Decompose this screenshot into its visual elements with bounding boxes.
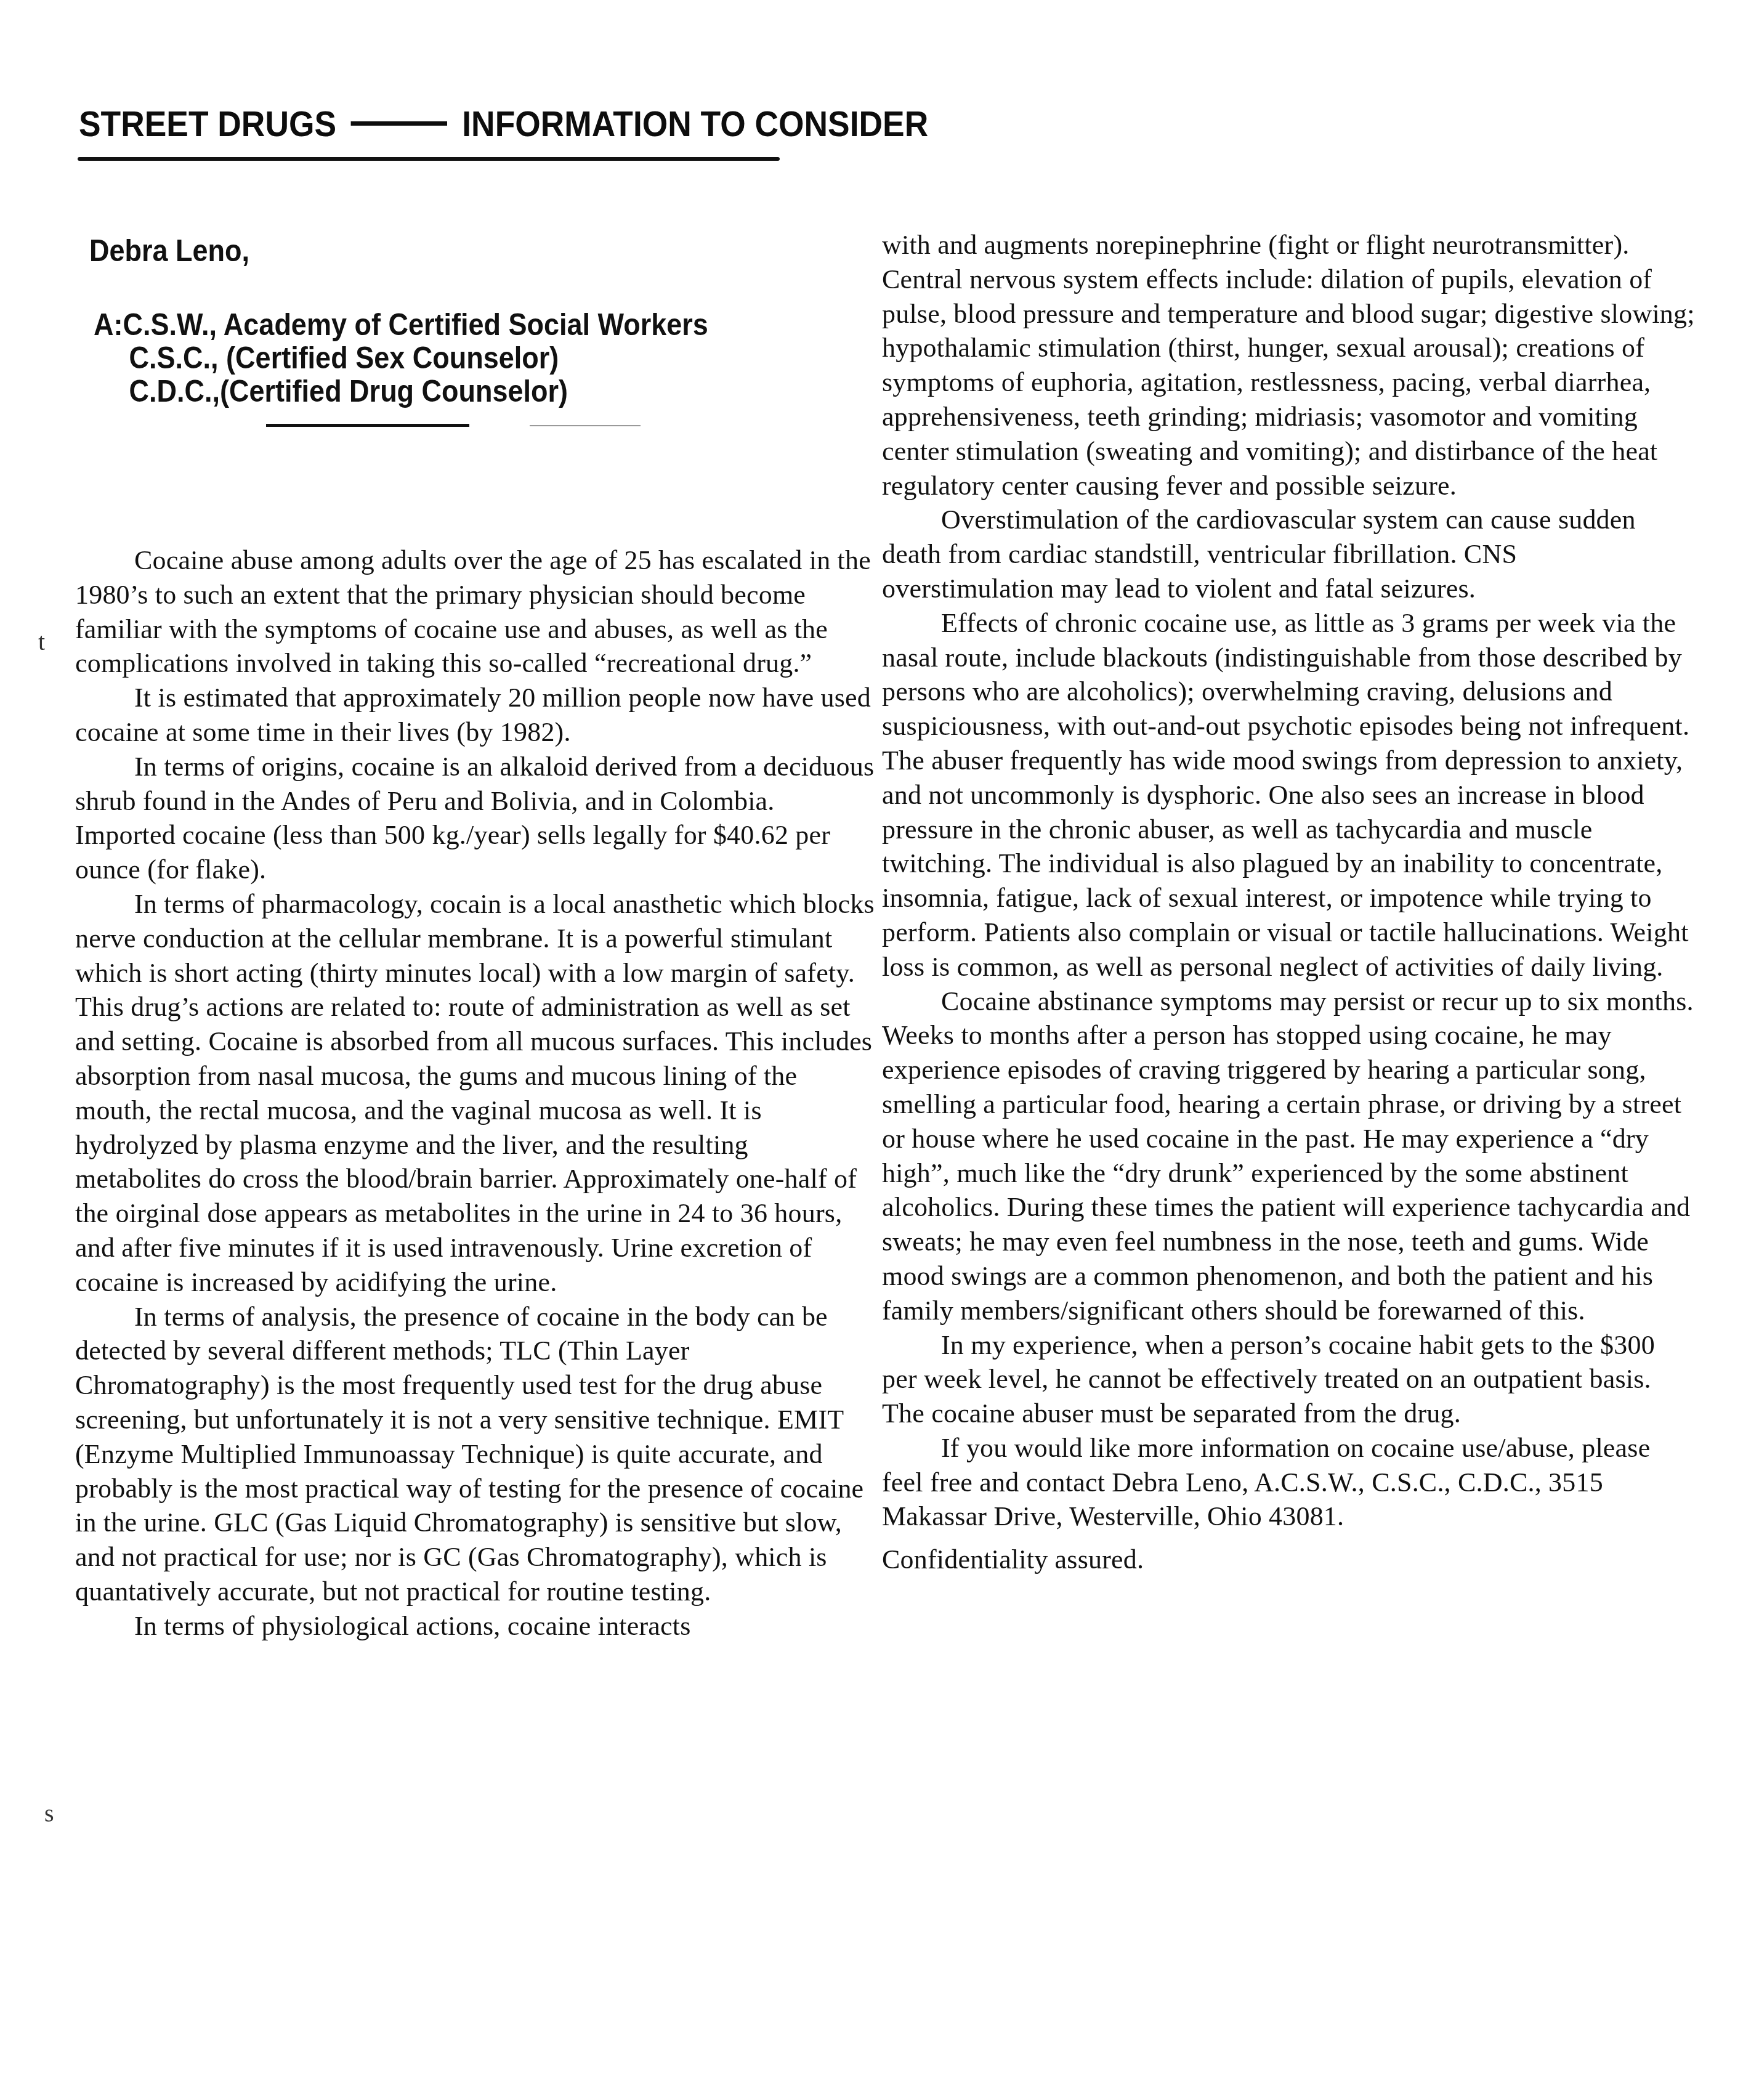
- paragraph-physiology-start: In terms of physiological actions, cocai…: [75, 1609, 876, 1644]
- paragraph-pharmacology: In terms of pharmacology, cocain is a lo…: [75, 887, 876, 1300]
- title-left: STREET DRUGS: [79, 104, 336, 144]
- paragraph-chronic-effects: Effects of chronic cocaine use, as littl…: [882, 606, 1695, 984]
- margin-mark-s: s: [44, 1799, 54, 1828]
- credential-acsw: A:C.S.W., Academy of Certified Social Wo…: [94, 308, 708, 341]
- paragraph-estimate: It is estimated that approximately 20 mi…: [75, 681, 876, 750]
- paragraph-abstinence: Cocaine abstinance symptoms may persist …: [882, 984, 1695, 1328]
- paragraph-intro: Cocaine abuse among adults over the age …: [75, 543, 876, 681]
- article-column-left: Cocaine abuse among adults over the age …: [75, 543, 876, 1644]
- paragraph-experience: In my experience, when a person’s cocain…: [882, 1328, 1695, 1431]
- byline-divider-faint: [530, 425, 641, 426]
- page-title: STREET DRUGSINFORMATION TO CONSIDER: [79, 103, 928, 145]
- paragraph-origins: In terms of origins, cocaine is an alkal…: [75, 750, 876, 887]
- title-right: INFORMATION TO CONSIDER: [462, 104, 928, 144]
- author-credentials: A:C.S.W., Academy of Certified Social Wo…: [94, 308, 708, 408]
- author-name: Debra Leno,: [89, 233, 249, 269]
- paragraph-contact: If you would like more information on co…: [882, 1431, 1695, 1534]
- paragraph-analysis: In terms of analysis, the presence of co…: [75, 1300, 876, 1609]
- margin-mark-t: t: [38, 627, 45, 656]
- paragraph-overstimulation: Overstimulation of the cardiovascular sy…: [882, 503, 1695, 606]
- article-column-right: with and augments norepinephrine (fight …: [882, 228, 1695, 1577]
- title-dash: [351, 121, 447, 126]
- title-underline: [78, 157, 780, 161]
- paragraph-physiology-cont: with and augments norepinephrine (fight …: [882, 228, 1695, 503]
- byline-divider: [266, 424, 469, 427]
- credential-cdc: C.D.C.,(Certified Drug Counselor): [94, 375, 708, 408]
- confidentiality-note: Confidentiality assured.: [882, 1543, 1695, 1577]
- credential-csc: C.S.C., (Certified Sex Counselor): [94, 341, 708, 375]
